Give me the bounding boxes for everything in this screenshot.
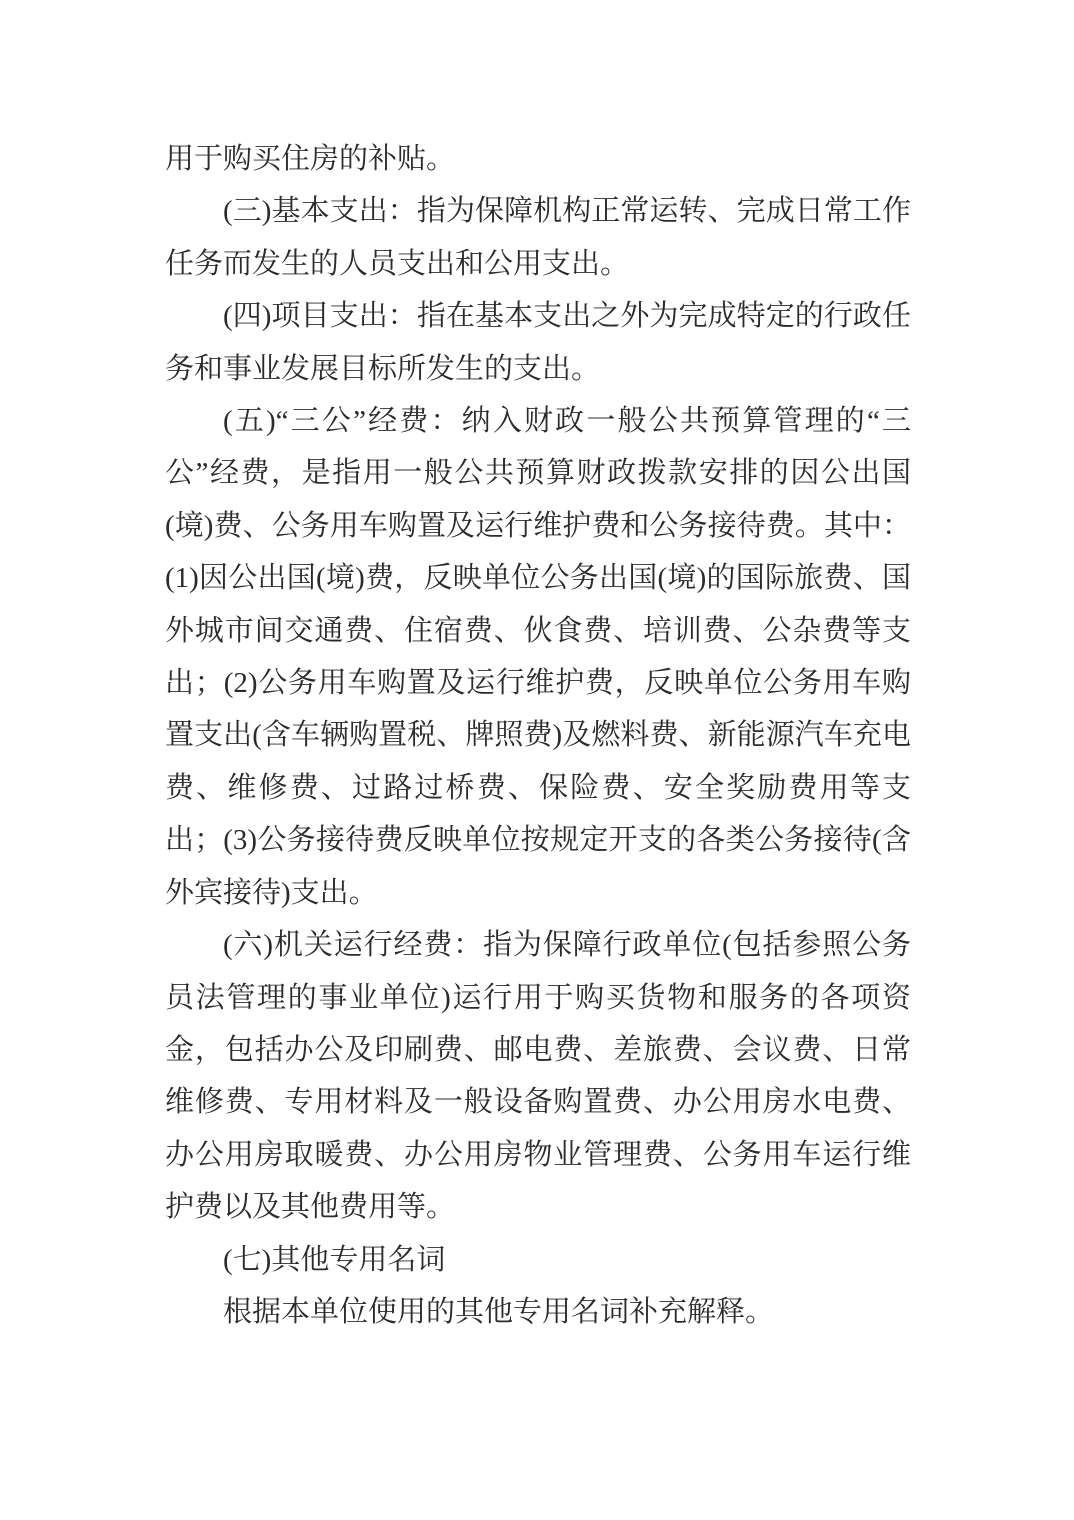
paragraph-continuation: 用于购买住房的补贴。 (165, 133, 911, 185)
paragraph-project-expenditure: (四)项目支出：指在基本支出之外为完成特定的行政任务和事业发展目标所发生的支出。 (165, 290, 911, 395)
paragraph-agency-operating-funds: (六)机关运行经费：指为保障行政单位(包括参照公务员法管理的事业单位)运行用于购… (165, 919, 911, 1233)
paragraph-three-public-funds: (五)“三公”经费：纳入财政一般公共预算管理的“三公”经费，是指用一般公共预算财… (165, 395, 911, 919)
document-page: 用于购买住房的补贴。 (三)基本支出：指为保障机构正常运转、完成日常工作任务而发… (0, 0, 1074, 1520)
paragraph-other-terms-note: 根据本单位使用的其他专用名词补充解释。 (165, 1286, 911, 1338)
paragraph-other-terms-heading: (七)其他专用名词 (165, 1234, 911, 1286)
paragraph-basic-expenditure: (三)基本支出：指为保障机构正常运转、完成日常工作任务而发生的人员支出和公用支出… (165, 185, 911, 290)
document-body: 用于购买住房的补贴。 (三)基本支出：指为保障机构正常运转、完成日常工作任务而发… (165, 133, 911, 1338)
